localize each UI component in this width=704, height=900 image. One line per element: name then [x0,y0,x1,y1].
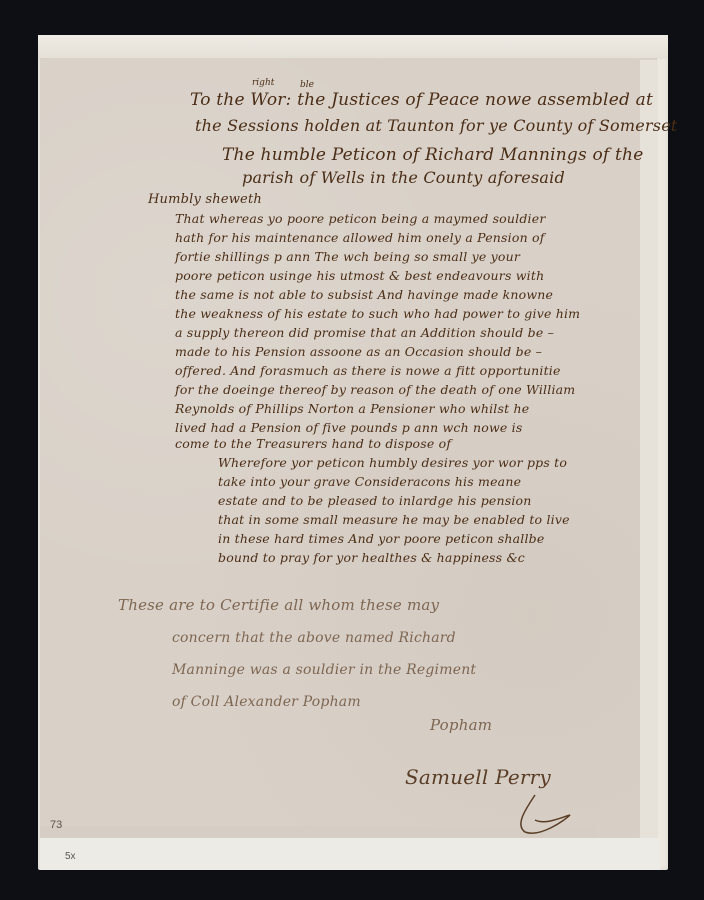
body-line: for the doeinge thereof by reason of the… [175,382,575,397]
certificate-line: concern that the above named Richard [172,630,456,646]
body-line: a supply thereon did promise that an Add… [175,325,554,340]
body-line: come to the Treasurers hand to dispose o… [175,436,451,451]
address-line-1: To the Wor: the Justices of Peace nowe a… [190,90,653,110]
body-line: fortie shillings p ann The wch being so … [175,249,520,264]
mount-fold [38,35,668,59]
archive-reference: 5x [65,851,76,862]
mount-bottom [40,838,660,870]
prayer-line: that in some small measure he may be ena… [218,512,570,527]
body-line: poore peticon usinge his utmost & best e… [175,268,544,283]
body-line: offered. And forasmuch as there is nowe … [175,363,561,378]
sheet-right-edge [640,60,658,865]
prayer-line: bound to pray for yor healthes & happine… [218,550,525,565]
body-line: lived had a Pension of five pounds p ann… [175,420,522,435]
certificate-line: These are to Certifie all whom these may [118,596,439,614]
signature-flourish-icon [505,790,585,840]
prayer-line: estate and to be pleased to inlardge his… [218,493,532,508]
body-line: made to his Pension assoone as an Occasi… [175,344,542,359]
certificate-line: of Coll Alexander Popham [172,694,361,710]
prayer-line: take into your grave Consideracons his m… [218,474,521,489]
address-insert-right: right [252,78,274,88]
petition-title-line-2: parish of Wells in the County aforesaid [242,168,565,187]
body-line: the weakness of his estate to such who h… [175,306,580,321]
body-line: Reynolds of Phillips Norton a Pensioner … [175,401,529,416]
prayer-line: in these hard times And yor poore petico… [218,531,544,546]
address-insert-ble: ble [300,80,314,90]
petition-title-line-1: The humble Peticon of Richard Mannings o… [222,145,643,165]
folio-number: 73 [50,819,62,831]
signature-popham: Popham [430,716,492,734]
certificate-line: Manninge was a souldier in the Regiment [172,662,476,678]
salutation: Humbly sheweth [148,192,262,207]
signature-samuell-perry: Samuell Perry [405,765,551,789]
body-line: the same is not able to subsist And havi… [175,287,553,302]
body-line: That whereas yo poore peticon being a ma… [175,211,546,226]
prayer-line: Wherefore yor peticon humbly desires yor… [218,455,567,470]
body-line: hath for his maintenance allowed him one… [175,230,545,245]
address-line-2: the Sessions holden at Taunton for ye Co… [195,116,678,135]
